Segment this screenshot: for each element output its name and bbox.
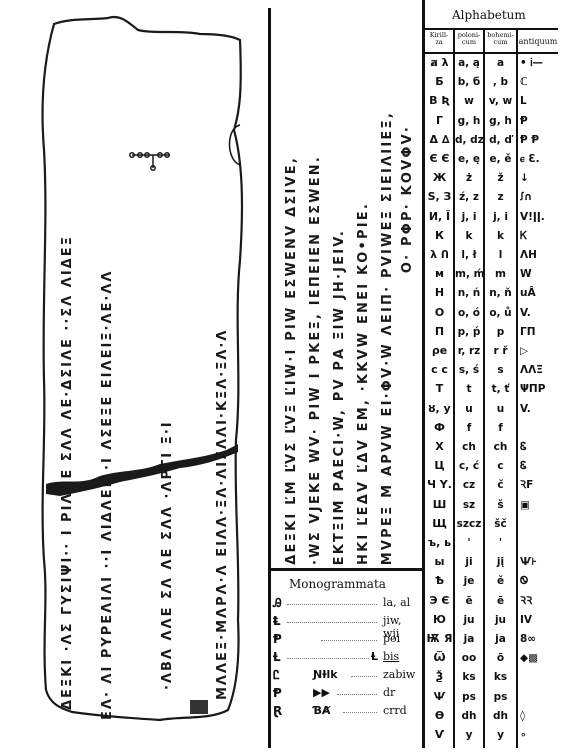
alphabet-row: Пp, ṕpΓΠ <box>422 323 580 341</box>
polonicum-letter: d, dz <box>455 131 483 149</box>
transcription-line-4: ΗΚΙ ĽΕΔV ĽΔV ΕΜ, ·ΚΚVW ΕΝΕΙ ΚΟ•ΡΙΕ. <box>356 202 371 565</box>
leader-dots <box>337 694 377 695</box>
kirillica-letter: ȣ, у <box>425 400 454 418</box>
antiquum-glyph: ↓ <box>518 169 558 187</box>
monogram-glyph: Ɽ <box>273 704 282 718</box>
polonicum-letter: y <box>455 726 483 744</box>
alphabet-row: Ѳdhdh◊ <box>422 707 580 725</box>
monogram-glyph: Ᵽ <box>273 632 282 646</box>
alphabet-row: ЮjujuIV <box>422 611 580 629</box>
antiquum-glyph: ℂ <box>518 73 558 91</box>
alphabetum-table: Alphabetum Kirill- za poloni- cum bohemi… <box>422 8 580 748</box>
bohemicum-letter: ě <box>485 572 516 590</box>
kirillica-letter: м <box>425 265 454 283</box>
polonicum-letter: ē <box>455 592 483 610</box>
header-top-rule <box>424 28 558 30</box>
monogram-glyph: Ᵽ <box>273 686 282 700</box>
leader-dots <box>343 712 377 713</box>
alphabet-row: ⱥ λa, ąa• Ꭵ— <box>422 54 580 72</box>
monogram-value: bis <box>383 650 399 663</box>
alphabet-row: В Ʀwv, wⅬ <box>422 92 580 110</box>
kirillica-letter: Ю <box>425 611 454 629</box>
alphabet-row: ρеr, rzr ř▷ <box>422 342 580 360</box>
antiquum-glyph: 8∞ <box>518 630 558 648</box>
antiquum-glyph: ⲉ Ɛ. <box>518 150 558 168</box>
alphabet-row: Нn, ńn, ňuÂ <box>422 284 580 302</box>
alphabet-row: КkkᏦ <box>422 227 580 245</box>
monogram-glyph: Ꮭ <box>273 668 280 683</box>
antiquum-glyph: ΓΠ <box>518 323 558 341</box>
bohemicum-letter: z <box>485 188 516 206</box>
kirillica-letter: Ж <box>425 169 454 187</box>
kirillica-letter: В Ʀ <box>425 92 454 110</box>
kirillica-letter: Ѳ <box>425 707 454 725</box>
leader-dots <box>287 658 369 659</box>
monogram-glyph: Ƚ <box>273 650 281 664</box>
antiquum-glyph: ▷ <box>518 342 558 360</box>
transcription-line-1: ΔΕΞΚΙ ĽΜ ĽVΣ ĽVΞ ĽΙW·Ι ΡΙW ΕΣWΕΝV ΔΣΙVΕ, <box>284 156 299 565</box>
kirillica-letter: Щ <box>425 515 454 533</box>
monogram-row: Ƚ Ƚ bis <box>273 650 421 668</box>
antiquum-glyph: V. <box>518 400 558 418</box>
kirillica-letter: Т <box>425 380 454 398</box>
alphabet-row: Оo, óo, ůV. <box>422 304 580 322</box>
tablet-inscription-column-1: ΔΕΞΚΙ ·ΛΣ ΓΥΣΙΨΙ·· Ι ΡΙΛΝΕ ΣΛΛ ΛΕ·ΔΣΙΛΕ … <box>60 30 75 710</box>
alphabet-row: Жżž↓ <box>422 169 580 187</box>
alphabetum-title: Alphabetum <box>452 8 526 22</box>
alphabet-row: ХchchᏋ <box>422 438 580 456</box>
tablet-inscription-column-4: ΜΛΛΕΞ·ΜΛΡΛ·Λ ΕΙΛΛ·ΞΛ·ΛΙΣΛΛΙ·ΚΞΛ·ΞΛ·Λ <box>215 120 230 700</box>
alphabet-row: Бb, б, bℂ <box>422 73 580 91</box>
alphabet-row: Цc, ćcᏋ <box>422 457 580 475</box>
kirillica-letter: Ч Ү. <box>425 476 454 494</box>
bohemicum-letter: m <box>485 265 516 283</box>
kirillica-letter: Э Є <box>425 592 454 610</box>
polonicum-letter: szcz <box>455 515 483 533</box>
polonicum-letter: p, ṕ <box>455 323 483 341</box>
transcription-line-6: Ο· ΡΦΡ· ΚΟVΦV· <box>400 125 415 273</box>
bohemicum-letter: c <box>485 457 516 475</box>
tablet-inscription-column-2: ΕΛ· ΛΙ ΡΥΡΕΛΙΛΙ ··Ι ΛΙΔΛΕΕ ·Ι ΛΣΕΞΕ ΕΙΛΕ… <box>100 20 115 720</box>
header-antiquum: antiquum <box>518 32 558 52</box>
bohemicum-letter: t, ť <box>485 380 516 398</box>
alphabet-row: Тtt, ťΨΠΡ <box>422 380 580 398</box>
polonicum-letter: a, ą <box>455 54 483 72</box>
alphabet-row: Ѕ, Зź, zzꭍ∩ <box>422 188 580 206</box>
polonicum-letter: cz <box>455 476 483 494</box>
polonicum-letter: je <box>455 572 483 590</box>
antiquum-glyph <box>518 534 558 552</box>
alphabet-row: Фff <box>422 419 580 437</box>
polonicum-letter: ji <box>455 553 483 571</box>
monogram-ligature: ▶▶ <box>313 686 330 699</box>
monogram-value: la, al <box>383 596 410 609</box>
polonicum-letter: ź, z <box>455 188 483 206</box>
antiquum-glyph: ◆▩ <box>518 649 558 667</box>
bohemicum-letter: ē <box>485 592 516 610</box>
bohemicum-letter: ō <box>485 649 516 667</box>
kirillica-letter: Ѿ <box>425 649 454 667</box>
alphabet-row: Ѯksks <box>422 668 580 686</box>
polonicum-letter: o, ó <box>455 304 483 322</box>
polonicum-letter: c, ć <box>455 457 483 475</box>
bohemicum-letter: y <box>485 726 516 744</box>
alphabet-row: Ѵyy∘ <box>422 726 580 744</box>
antiquum-glyph: IV <box>518 611 558 629</box>
bohemicum-letter: r ř <box>485 342 516 360</box>
polonicum-letter: g, h <box>455 112 483 130</box>
polonicum-letter: ja <box>455 630 483 648</box>
bohemicum-letter: s <box>485 361 516 379</box>
polonicum-letter: w <box>455 92 483 110</box>
alphabet-row: Шszš▣ <box>422 496 580 514</box>
polonicum-letter: f <box>455 419 483 437</box>
antiquum-glyph: Ᵽ <box>518 112 558 130</box>
monogram-value: crrd <box>383 704 407 717</box>
bohemicum-letter: o, ů <box>485 304 516 322</box>
kirillica-letter: λ Ո <box>425 246 454 264</box>
bohemicum-letter: jį <box>485 553 516 571</box>
alphabet-row: Ѿooō◆▩ <box>422 649 580 667</box>
monogram-ligature: ƝƗlk <box>313 668 338 681</box>
kirillica-letter: Ф <box>425 419 454 437</box>
antiquum-glyph: Ꮻ <box>518 572 558 590</box>
monogram-value: zabiw <box>383 668 415 681</box>
transcription-panel: ΔΕΞΚΙ ĽΜ ĽVΣ ĽVΞ ĽΙW·Ι ΡΙW ΕΣWΕΝV ΔΣΙVΕ,… <box>262 8 422 573</box>
antiquum-glyph: Ѱ⊦ <box>518 553 558 571</box>
header-polonicum: poloni- cum <box>455 32 483 52</box>
antiquum-glyph: • Ꭵ— <box>518 54 558 72</box>
leader-dots <box>351 676 377 677</box>
polonicum-letter: j, i <box>455 208 483 226</box>
antiquum-glyph: Ꮛ <box>518 457 558 475</box>
monogrammata-panel: Monogrammata Ꭿ la, al Ⱡ jiw, wji Ᵽ poi Ƚ… <box>271 572 422 748</box>
bohemicum-letter: l <box>485 246 516 264</box>
alphabet-row: Є Єe, ęe, ěⲉ Ɛ. <box>422 150 580 168</box>
alphabet-row: Δ ∆d, dzd, ďⱣ Ᵽ <box>422 131 580 149</box>
kirillica-letter: Г <box>425 112 454 130</box>
transcription-line-2: ·WΣ VJΕΚΕ WV· ΡΙW Ι ΡΚΕΞ, ΙΕΠΕΙΕΝ ΕΣWΕΝ. <box>308 155 323 565</box>
polonicum-letter: ż <box>455 169 483 187</box>
kirillica-letter: Ѕ, З <box>425 188 454 206</box>
antiquum-glyph <box>518 419 558 437</box>
polonicum-letter: sz <box>455 496 483 514</box>
alphabet-row: Э ЄēēꝚꝚ <box>422 592 580 610</box>
kirillica-letter: П <box>425 323 454 341</box>
bohemicum-letter: šč <box>485 515 516 533</box>
polonicum-letter: ks <box>455 668 483 686</box>
polonicum-letter: m, ḿ <box>455 265 483 283</box>
kirillica-letter: Ѣ <box>425 572 454 590</box>
bohemicum-letter: e, ě <box>485 150 516 168</box>
monogram-value: poi <box>383 632 400 645</box>
polonicum-letter: n, ń <box>455 284 483 302</box>
kirillica-letter: Є Є <box>425 150 454 168</box>
alphabet-row: ѢjeěᏫ <box>422 572 580 590</box>
kirillica-letter: с с <box>425 361 454 379</box>
transcription-line-5: ΜVΡΕΞ Μ ΑΡVW ΕΙ·ΦV·W ΛΕΙΠ· ΡVΙWΕΞ ΣΙΕΙΛΙ… <box>380 111 395 565</box>
antiquum-glyph: V. <box>518 304 558 322</box>
monogram-row: Ⱡ jiw, wji <box>273 614 421 632</box>
kirillica-letter: ы <box>425 553 454 571</box>
alphabet-row: мm, ḿmW <box>422 265 580 283</box>
kirillica-letter: Ц <box>425 457 454 475</box>
alphabet-row: λ Ոl, łlΛΗ <box>422 246 580 264</box>
antiquum-glyph: ΛΛΞ <box>518 361 558 379</box>
antiquum-glyph: V!ǀǀ. <box>518 208 558 226</box>
antiquum-glyph: Ꮶ <box>518 227 558 245</box>
monogrammata-title: Monogrammata <box>289 577 386 591</box>
kirillica-letter: ⱥ λ <box>425 54 454 72</box>
alphabet-row: Ч Ү.czčꝚF <box>422 476 580 494</box>
polonicum-letter: ' <box>455 534 483 552</box>
antiquum-glyph: ꝚF <box>518 476 558 494</box>
antiquum-glyph: ΛΗ <box>518 246 558 264</box>
monogram-row: Ɽ ƁȺ crrd <box>273 704 421 722</box>
bohemicum-letter: ja <box>485 630 516 648</box>
bohemicum-letter: v, w <box>485 92 516 110</box>
antiquum-glyph: ∘ <box>518 726 558 744</box>
kirillica-letter: ρе <box>425 342 454 360</box>
kirillica-letter: Δ ∆ <box>425 131 454 149</box>
antiquum-glyph <box>518 515 558 533</box>
monogram-value: dr <box>383 686 395 699</box>
bohemicum-letter: ks <box>485 668 516 686</box>
antiquum-glyph: ▣ <box>518 496 558 514</box>
alphabet-row: ъ, ь'' <box>422 534 580 552</box>
antiquum-glyph <box>518 688 558 706</box>
polonicum-letter: e, ę <box>455 150 483 168</box>
monogram-glyph: Ⱡ <box>273 614 281 628</box>
alphabet-row: с сs, śsΛΛΞ <box>422 361 580 379</box>
bohemicum-letter: a <box>485 54 516 72</box>
kirillica-letter: О <box>425 304 454 322</box>
antiquum-glyph: ◊ <box>518 707 558 725</box>
transcription-line-3: ΕΚΤΞΙΜ ΡΑΕCΙ·W, ΡV ΡΑ ΞΙW JΗ·ЈΕΙV. <box>332 229 347 565</box>
polonicum-letter: u <box>455 400 483 418</box>
bohemicum-letter: ž <box>485 169 516 187</box>
bohemicum-letter: ju <box>485 611 516 629</box>
bohemicum-letter: ps <box>485 688 516 706</box>
alphabet-row: ыjijįѰ⊦ <box>422 553 580 571</box>
bohemicum-letter: š <box>485 496 516 514</box>
monogram-row: Ᵽ poi <box>273 632 421 650</box>
kirillica-letter: И, Ї <box>425 208 454 226</box>
leader-dots <box>321 640 377 641</box>
tablet-inscription-column-3: ·ΛΒΛ ΛΛΕ ΣΛ ΛΕ ΣΛΛ ·ΛΡΓΙ Ξ·Ι <box>160 250 175 690</box>
polonicum-letter: b, б <box>455 73 483 91</box>
alphabet-row: Ѭ Яjaja8∞ <box>422 630 580 648</box>
polonicum-letter: ps <box>455 688 483 706</box>
alphabet-row: Гg, hg, hⱣ <box>422 112 580 130</box>
kirillica-letter: Х <box>425 438 454 456</box>
polonicum-letter: dh <box>455 707 483 725</box>
bohemicum-letter: č <box>485 476 516 494</box>
header-bohemicum: bohemi- cum <box>485 32 516 52</box>
polonicum-letter: t <box>455 380 483 398</box>
kirillica-letter: ъ, ь <box>425 534 454 552</box>
bohemicum-letter: j, i <box>485 208 516 226</box>
monogram-row: Ꮭ ƝƗlk zabiw <box>273 668 421 686</box>
polonicum-letter: k <box>455 227 483 245</box>
polonicum-letter: ju <box>455 611 483 629</box>
alphabet-row: ȣ, уuuV. <box>422 400 580 418</box>
kirillica-letter: Ѵ <box>425 726 454 744</box>
kirillica-letter: Ѭ Я <box>425 630 454 648</box>
kirillica-letter: Ѱ <box>425 688 454 706</box>
antiquum-glyph: Ꮛ <box>518 438 558 456</box>
bohemicum-letter: n, ň <box>485 284 516 302</box>
bohemicum-letter: d, ď <box>485 131 516 149</box>
header-kirillica: Kirill- za <box>425 32 453 52</box>
bohemicum-letter: p <box>485 323 516 341</box>
kirillica-letter: Ш <box>425 496 454 514</box>
antiquum-glyph: ꝚꝚ <box>518 592 558 610</box>
bohemicum-letter: dh <box>485 707 516 725</box>
kirillica-letter: Ѯ <box>425 668 454 686</box>
bohemicum-letter: k <box>485 227 516 245</box>
bohemicum-letter: f <box>485 419 516 437</box>
monogram-ligature: Ƚ <box>371 650 378 663</box>
alphabet-row: И, Їj, ij, iV!ǀǀ. <box>422 208 580 226</box>
polonicum-letter: s, ś <box>455 361 483 379</box>
bohemicum-letter: ' <box>485 534 516 552</box>
polonicum-letter: ch <box>455 438 483 456</box>
bohemicum-letter: g, h <box>485 112 516 130</box>
monogram-row: Ꭿ la, al <box>273 596 421 614</box>
alphabet-row: Щszczšč <box>422 515 580 533</box>
polonicum-letter: oo <box>455 649 483 667</box>
kirillica-letter: Н <box>425 284 454 302</box>
leader-dots <box>287 604 377 605</box>
clay-tablet-drawing: ΔΕΞΚΙ ·ΛΣ ΓΥΣΙΨΙ·· Ι ΡΙΛΝΕ ΣΛΛ ΛΕ·ΔΣΙΛΕ … <box>20 0 260 754</box>
antiquum-glyph: ꭍ∩ <box>518 188 558 206</box>
antiquum-glyph: Ᵽ Ᵽ <box>518 131 558 149</box>
alphabet-row: Ѱpsps <box>422 688 580 706</box>
antiquum-glyph: Ⅼ <box>518 92 558 110</box>
polonicum-letter: r, rz <box>455 342 483 360</box>
antiquum-glyph: W <box>518 265 558 283</box>
kirillica-letter: К <box>425 227 454 245</box>
antiquum-glyph: uÂ <box>518 284 558 302</box>
monogram-row: Ᵽ ▶▶ dr <box>273 686 421 704</box>
monogram-glyph: Ꭿ <box>273 596 282 611</box>
polonicum-letter: l, ł <box>455 246 483 264</box>
bohemicum-letter: ch <box>485 438 516 456</box>
kirillica-letter: Б <box>425 73 454 91</box>
antiquum-glyph: ΨΠΡ <box>518 380 558 398</box>
bohemicum-letter: , b <box>485 73 516 91</box>
leader-dots <box>287 622 377 623</box>
monogram-ligature: ƁȺ <box>313 704 330 717</box>
antiquum-glyph <box>518 668 558 686</box>
bohemicum-letter: u <box>485 400 516 418</box>
